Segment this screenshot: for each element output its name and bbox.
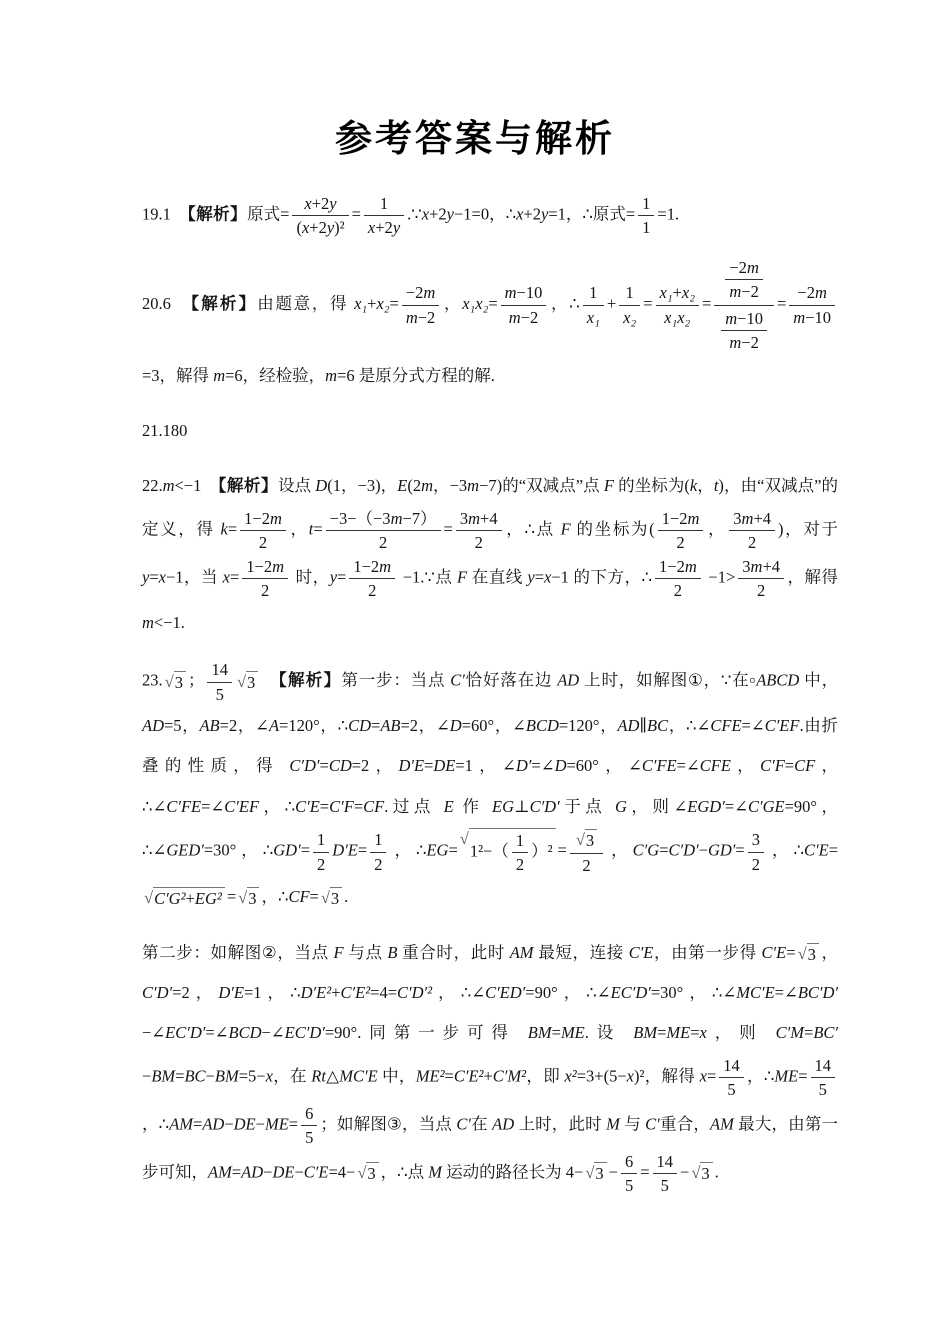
fraction: 65 — [301, 1103, 317, 1149]
fraction: 145 — [719, 1055, 744, 1101]
page-title: 参考答案与解析 — [0, 0, 950, 162]
fraction: x₁+x₂x₁x₂ — [656, 282, 699, 328]
sqrt-radical: √3 — [321, 887, 342, 909]
fraction: 65 — [621, 1151, 637, 1197]
fraction: −2mm−2 — [402, 282, 439, 328]
fraction: 1x₁ — [583, 282, 604, 328]
fraction: −2mm−2m−10m−2 — [714, 256, 774, 355]
sqrt-radical: √C′G²+EG² — [144, 887, 225, 909]
fraction: 145 — [811, 1055, 836, 1101]
fraction: 1−2m2 — [240, 508, 286, 554]
fraction: 12 — [313, 829, 329, 875]
fraction: √32 — [570, 828, 603, 876]
document-body: 19.1 【解析】原式=x+2y(x+2y)²=1x+2y.∵x+2y−1=0，… — [0, 192, 950, 1197]
sqrt-radical: √3 — [237, 671, 258, 693]
answer-23-part2: 第二步：如解图②，当点 F 与点 B 重合时，此时 AM 最短，连接 C′E，由… — [142, 933, 838, 1198]
fraction: 1−2m2 — [349, 556, 395, 602]
fraction: 32 — [748, 829, 764, 875]
fraction: 1x₂ — [619, 282, 640, 328]
fraction: 1−2m2 — [242, 556, 288, 602]
answer-20: 20.6 【解析】由题意，得 x₁+x₂=−2mm−2，x₁x₂=m−10m−2… — [142, 255, 838, 396]
fraction: 145 — [207, 659, 232, 705]
analysis-label: 【解析】 — [278, 671, 341, 690]
answer-sheet-page: 参考答案与解析 19.1 【解析】原式=x+2y(x+2y)²=1x+2y.∵x… — [0, 0, 950, 1344]
sqrt-radical: √1²−（12）² — [460, 828, 556, 877]
fraction: m−10m−2 — [721, 308, 767, 354]
fraction: 145 — [653, 1151, 678, 1197]
fraction: 1x+2y — [364, 193, 404, 239]
answer-23-part1: 23.√3；145√3 【解析】第一步：当点 C′恰好落在边 AD 上时，如解图… — [142, 658, 838, 917]
analysis-label: 【解析】 — [187, 205, 247, 224]
fraction: m−10m−2 — [501, 282, 547, 328]
analysis-label: 【解析】 — [218, 476, 278, 495]
fraction: 3m+42 — [738, 556, 784, 602]
answer-19: 19.1 【解析】原式=x+2y(x+2y)²=1x+2y.∵x+2y−1=0，… — [142, 192, 838, 240]
analysis-label: 【解析】 — [191, 294, 258, 313]
sqrt-radical: √3 — [691, 1162, 712, 1184]
sqrt-radical: √3 — [576, 829, 597, 851]
fraction: 3m+42 — [729, 508, 775, 554]
sqrt-radical: √3 — [357, 1162, 378, 1184]
fraction: 12 — [512, 830, 528, 876]
fraction: 11 — [638, 193, 654, 239]
fraction: 1−2m2 — [658, 508, 704, 554]
answer-21: 21.180 — [142, 411, 838, 451]
fraction: −2mm−2 — [725, 257, 762, 303]
sqrt-radical: √3 — [238, 887, 259, 909]
sqrt-radical: √3 — [165, 671, 186, 693]
sqrt-radical: √3 — [798, 943, 819, 965]
answer-22: 22.m<−1 【解析】设点 D(1，−3)，E(2m，−3m−7)的“双减点”… — [142, 466, 838, 643]
fraction: 3m+42 — [456, 508, 502, 554]
fraction: 12 — [370, 829, 386, 875]
fraction: −2mm−10 — [789, 282, 835, 328]
fraction: 1−2m2 — [655, 556, 701, 602]
sqrt-radical: √3 — [585, 1162, 606, 1184]
fraction: x+2y(x+2y)² — [292, 193, 348, 239]
fraction: −3−（−3m−7）2 — [326, 508, 441, 554]
